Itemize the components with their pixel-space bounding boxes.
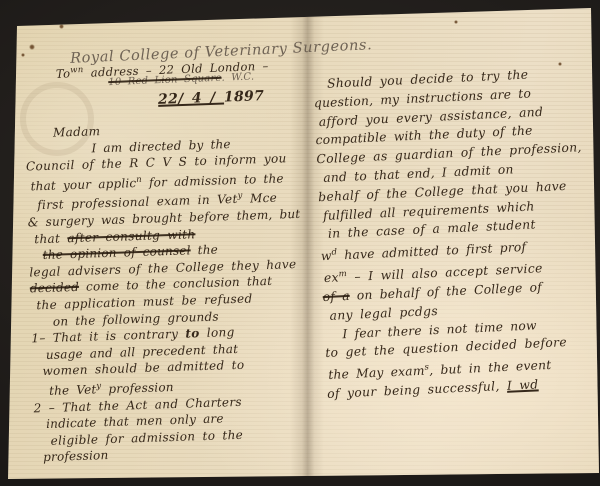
photo-background: Royal College of Veterinary Surgeons. To… [0,0,600,486]
text-segment: that [34,231,68,246]
text-segment: 1897 [224,88,265,105]
text-segment: that your applic [30,176,136,193]
foxing-spot [290,14,293,17]
text-segment: long [199,325,234,340]
right-page-text: Should you decide to try thequestion, my… [313,63,600,404]
foxing-spot [454,20,458,24]
text-segment: To [56,66,71,81]
text-segment: Mce [243,191,278,206]
text-segment: profession [101,380,174,396]
text-segment: profession [43,448,109,464]
text-segment: wn [70,65,84,76]
letter-paper: Royal College of Veterinary Surgeons. To… [0,0,600,486]
foxing-spot [29,44,35,50]
text-segment: any legal pcdgs [329,304,438,323]
text-segment: the [190,243,218,258]
text-segment: Madam [53,124,101,139]
letter-date: 22/ 4 / 1897 [158,88,265,108]
letter-line: 22/ 4 / 1897 [158,88,265,108]
text-segment: to [185,326,200,340]
text-segment: 22/ 4 / [158,90,224,108]
text-segment: of a [322,289,350,304]
foxing-spot [59,24,64,29]
text-segment: decided [30,280,80,296]
left-page-text: MadamI am directed by theCouncil of the … [25,117,318,467]
text-segment: w [321,249,332,263]
text-segment: the Vet [49,382,97,397]
text-segment: ex [324,271,340,286]
foxing-spot [21,53,25,57]
text-segment: I wd [507,377,539,392]
text-segment: . W.C. [221,71,254,83]
text-segment: the May exam [328,364,425,382]
